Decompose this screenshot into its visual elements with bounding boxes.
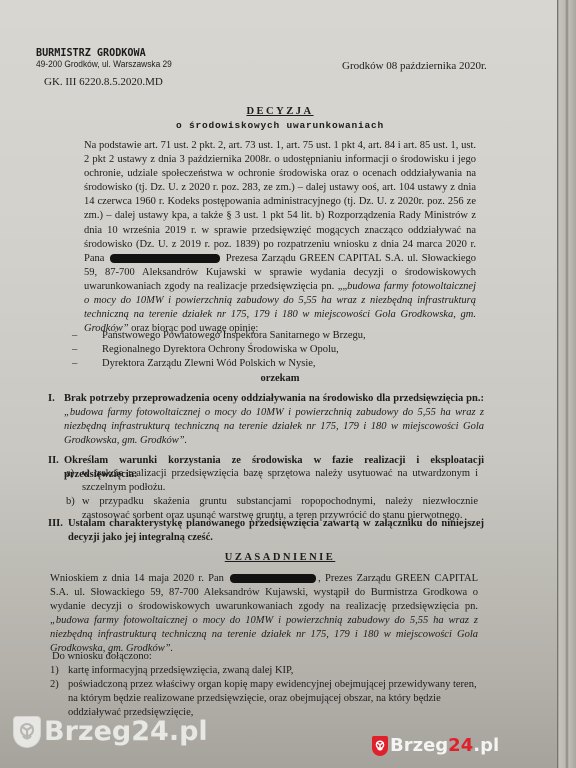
item-text: Brak potrzeby przeprowadzenia oceny oddz… xyxy=(64,393,484,404)
decision-item-1: I. Brak potrzeby przeprowadzenia oceny o… xyxy=(48,392,484,448)
watermark-text: Brzeg24.pl xyxy=(390,735,499,756)
condition-text: w trakcie realizacji przedsięwzięcia baz… xyxy=(82,467,478,495)
attachment-number: 2) xyxy=(50,678,59,692)
justification-project-name: „budowa farmy fotowoltaicznej o mocy do … xyxy=(50,615,478,654)
attachment-item: 2) poświadczoną przez właściwy organ kop… xyxy=(52,678,478,720)
attachments-heading: Do wniosku dołączono: xyxy=(52,650,478,664)
item-number: II. xyxy=(48,454,59,468)
watermark-right: Brzeg24.pl xyxy=(372,735,499,756)
case-reference: GK. III 6220.8.5.2020.MD xyxy=(44,76,163,88)
justification-text: Wnioskiem z dnia 14 maja 2020 r. Pan xyxy=(50,573,224,584)
opinion-item: Państwowego Powiatowego Inspektora Sanit… xyxy=(70,329,366,343)
document-subtitle: o środowiskowych uwarunkowaniach xyxy=(0,120,560,131)
opinion-item: Dyrektora Zarządu Zlewni Wód Polskich w … xyxy=(70,357,366,371)
legal-basis-text: Na podstawie art. 71 ust. 2 pkt. 2, art.… xyxy=(84,140,476,264)
item-number: III. xyxy=(48,517,63,531)
document-title: DECYZJA xyxy=(0,106,560,117)
opinion-item: Regionalnego Dyrektora Ochrony Środowisk… xyxy=(70,343,366,357)
opinions-list: Państwowego Powiatowego Inspektora Sanit… xyxy=(70,329,366,371)
attachment-number: 1) xyxy=(50,664,59,678)
watermark-text-a: Brzeg xyxy=(390,735,448,756)
legal-basis-paragraph: Na podstawie art. 71 ust. 2 pkt. 2, art.… xyxy=(84,139,476,336)
document-date: Grodków 08 października 2020r. xyxy=(342,60,487,72)
item-project-name: „budowa farmy fotowoltaicznej o mocy do … xyxy=(64,407,484,446)
attachments-list: Do wniosku dołączono: 1) kartę informacy… xyxy=(52,650,478,720)
attachment-item: 1) kartę informacyjną przedsięwzięcia, z… xyxy=(52,664,478,678)
watermark-text-c: .pl xyxy=(473,735,499,756)
issuer-address: 49-200 Grodków, ul. Warszawska 29 xyxy=(36,59,172,70)
justification-heading: UZASADNIENIE xyxy=(0,552,560,563)
watermark-text-accent: 24 xyxy=(448,735,473,756)
issuer-name: BURMISTRZ GRODKOWA xyxy=(36,46,146,59)
item-text: Ustalam charakterystykę planowanego prze… xyxy=(68,518,484,543)
condition-label: a) xyxy=(66,467,74,481)
brzeg-coat-of-arms-icon xyxy=(372,736,388,756)
item-number: I. xyxy=(48,392,55,406)
condition-label: b) xyxy=(66,495,75,509)
attachment-text: kartę informacyjną przedsięwzięcia, zwan… xyxy=(68,665,293,676)
watermark-text: Brzeg24.pl xyxy=(44,716,208,747)
redacted-name xyxy=(230,574,316,583)
watermark-left: Brzeg24.pl xyxy=(14,716,208,747)
attachment-text: poświadczoną przez właściwy organ kopię … xyxy=(68,679,477,718)
condition-a: a) w trakcie realizacji przedsięwzięcia … xyxy=(66,467,478,495)
decision-item-3: III. Ustalam charakterystykę planowanego… xyxy=(48,517,484,545)
ruling-heading: orzekam xyxy=(0,373,560,384)
justification-paragraph: Wnioskiem z dnia 14 maja 2020 r. Pan , P… xyxy=(50,572,478,656)
redacted-name xyxy=(110,254,220,263)
brzeg-coat-of-arms-icon xyxy=(14,717,40,747)
